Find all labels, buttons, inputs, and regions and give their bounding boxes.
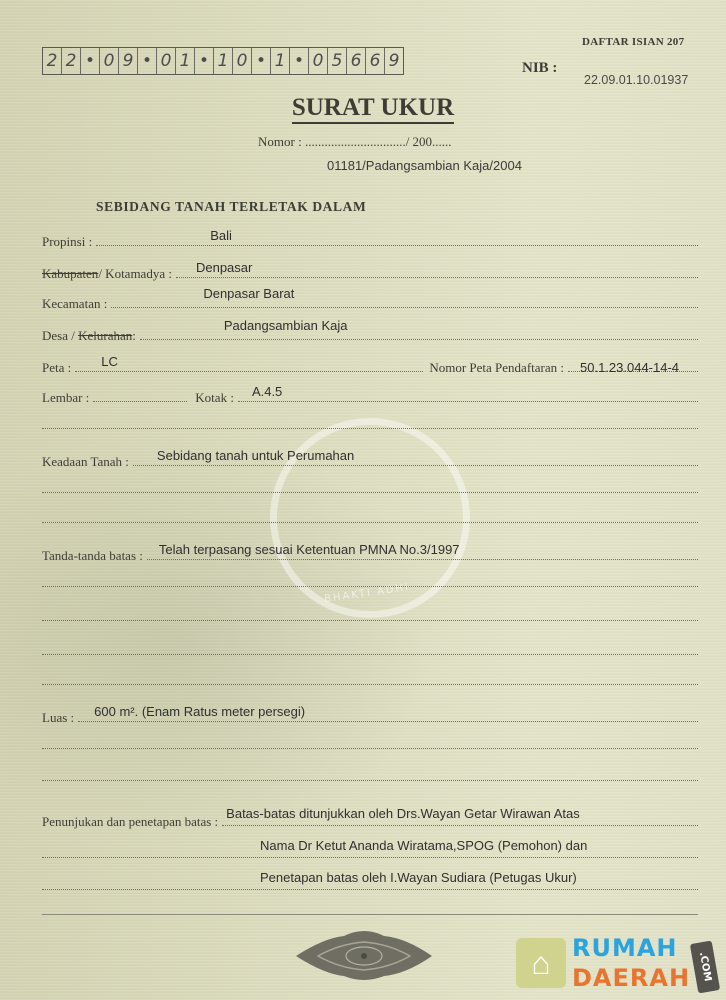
ornament-emblem: [294, 928, 434, 980]
propinsi-value: Bali: [210, 228, 232, 243]
kotak-value: A.4.5: [252, 384, 282, 399]
document-number-boxes: 22•09•01•10•1•05669: [42, 47, 404, 75]
field-keadaan-tanah: Keadaan Tanah : Sebidang tanah untuk Per…: [42, 450, 698, 470]
nomor-label: Nomor : .............................../…: [258, 134, 452, 150]
blank-line: [42, 654, 698, 655]
number-box: 0: [157, 48, 176, 74]
penunjukan-line-2: Nama Dr Ketut Ananda Wiratama,SPOG (Pemo…: [260, 838, 587, 853]
number-box: 1: [271, 48, 290, 74]
penunjukan-line-3: Penetapan batas oleh I.Wayan Sudiara (Pe…: [260, 870, 577, 885]
number-box: 2: [62, 48, 81, 74]
kabupaten-value: Denpasar: [196, 260, 252, 275]
field-tanda-batas: Tanda-tanda batas : Telah terpasang sesu…: [42, 544, 698, 564]
blank-line: [42, 492, 698, 493]
blank-line: [42, 428, 698, 429]
number-box: •: [252, 48, 271, 74]
tanda-batas-value: Telah terpasang sesuai Ketentuan PMNA No…: [159, 542, 460, 557]
number-box: 6: [366, 48, 385, 74]
blank-line: [42, 620, 698, 621]
number-box: 1: [214, 48, 233, 74]
desa-value: Padangsambian Kaja: [224, 318, 348, 333]
kecamatan-value: Denpasar Barat: [203, 286, 294, 301]
blank-line: [42, 780, 698, 781]
number-box: •: [138, 48, 157, 74]
divider: [42, 914, 698, 915]
field-penunjukan: Penunjukan dan penetapan batas : Batas-b…: [42, 810, 698, 830]
number-box: 6: [347, 48, 366, 74]
number-box: 0: [233, 48, 252, 74]
nib-value: 22.09.01.10.01937: [584, 73, 688, 87]
penunjukan-line-1: Batas-batas ditunjukkan oleh Drs.Wayan G…: [226, 806, 580, 821]
blank-line: [42, 522, 698, 523]
number-box: 0: [309, 48, 328, 74]
nomor-peta-value: 50.1.23.044-14-4: [580, 360, 679, 375]
field-lembar: Lembar : Kotak : A.4.5: [42, 386, 698, 406]
section-heading: SEBIDANG TANAH TERLETAK DALAM: [96, 199, 366, 215]
field-desa: Desa / Kelurahan: Padangsambian Kaja: [42, 324, 698, 344]
blank-line: [42, 684, 698, 685]
blank-line: [42, 586, 698, 587]
house-icon: ⌂: [516, 938, 566, 988]
keadaan-tanah-value: Sebidang tanah untuk Perumahan: [157, 448, 354, 463]
number-box: •: [290, 48, 309, 74]
number-box: •: [195, 48, 214, 74]
luas-value: 600 m². (Enam Ratus meter persegi): [94, 704, 305, 719]
rumahdaerah-watermark: ⌂ RUMAH DAERAH .COM: [516, 934, 722, 996]
number-box: 9: [385, 48, 403, 74]
field-propinsi: Propinsi : Bali: [42, 230, 698, 250]
field-peta: Peta : LC Nomor Peta Pendaftaran : 50.1.…: [42, 356, 698, 376]
number-box: 1: [176, 48, 195, 74]
number-box: 9: [119, 48, 138, 74]
number-box: 2: [43, 48, 62, 74]
blank-line: [42, 748, 698, 749]
field-penunjukan-2: Nama Dr Ketut Ananda Wiratama,SPOG (Pemo…: [42, 842, 698, 862]
number-box: 5: [328, 48, 347, 74]
field-penunjukan-3: Penetapan batas oleh I.Wayan Sudiara (Pe…: [42, 874, 698, 894]
peta-value: LC: [101, 354, 118, 369]
field-kecamatan: Kecamatan : Denpasar Barat: [42, 292, 698, 312]
nib-label: NIB :: [522, 60, 557, 77]
form-code: DAFTAR ISIAN 207: [582, 36, 684, 48]
nomor-value: 01181/Padangsambian Kaja/2004: [327, 158, 522, 173]
number-box: 0: [100, 48, 119, 74]
page-title: SURAT UKUR: [0, 94, 726, 122]
number-box: •: [81, 48, 100, 74]
field-luas: Luas : 600 m². (Enam Ratus meter persegi…: [42, 706, 698, 726]
field-kabupaten: Kabupaten/ Kotamadya : Denpasar: [42, 262, 698, 282]
